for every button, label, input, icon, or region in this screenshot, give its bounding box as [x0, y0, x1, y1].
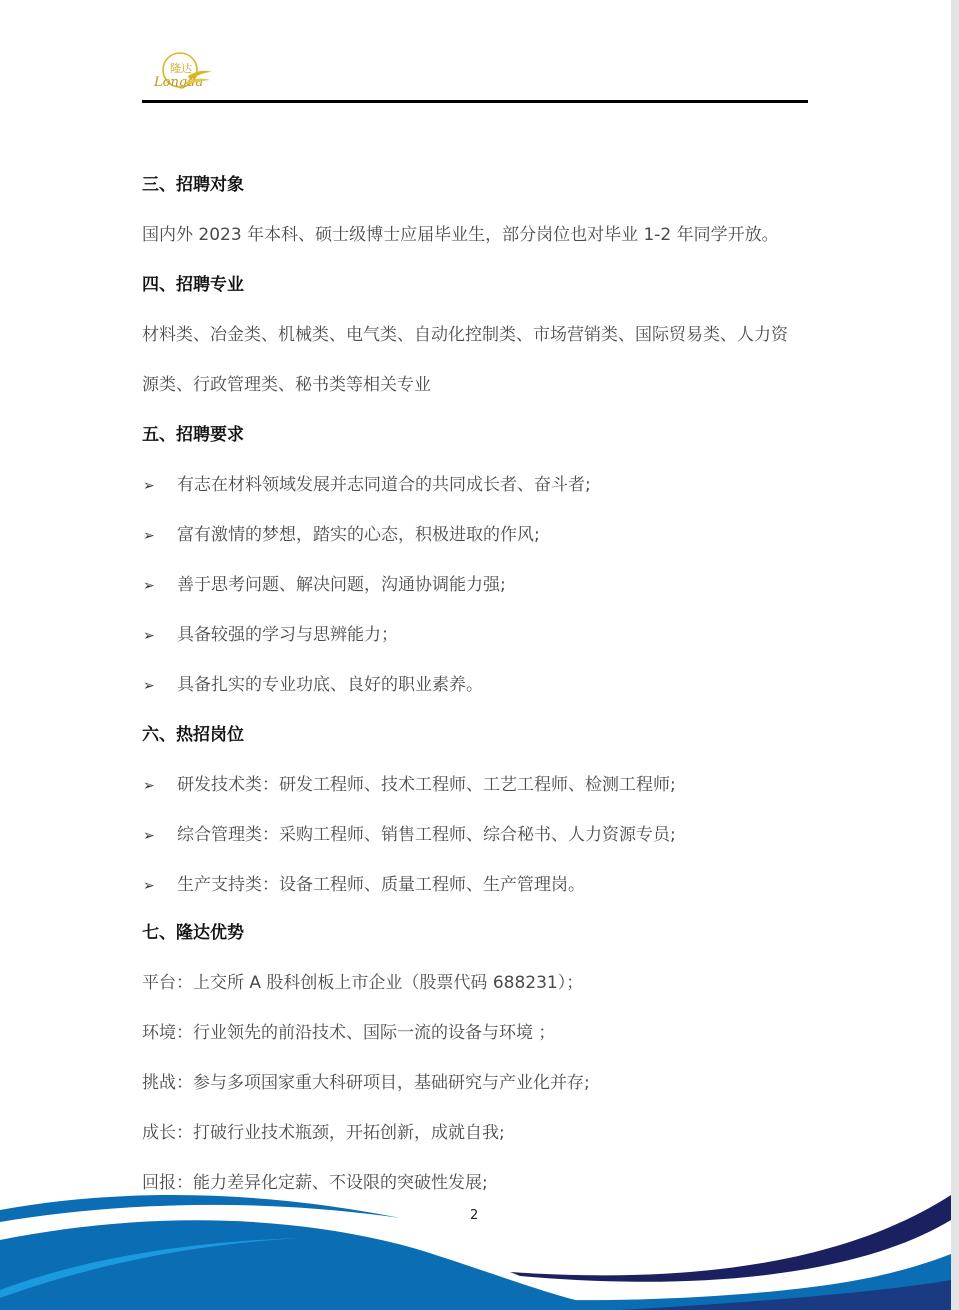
list-item: ➢综合管理类：采购工程师、销售工程师、综合秘书、人力资源专员; [142, 820, 676, 845]
section-heading-majors: 四、招聘专业 [142, 270, 244, 295]
document-page: 隆达 Longda 三、招聘对象 国内外 2023 年本科、硕士级博士应届毕业生… [0, 0, 951, 1310]
section-heading-hot-positions: 六、热招岗位 [142, 720, 244, 745]
list-item: ➢善于思考问题、解决问题，沟通协调能力强; [142, 570, 506, 595]
section-heading-recruitment-target: 三、招聘对象 [142, 170, 244, 195]
section-heading-advantages: 七、隆达优势 [142, 918, 244, 943]
arrow-bullet-icon: ➢ [142, 528, 177, 544]
arrow-bullet-icon: ➢ [142, 878, 177, 894]
arrow-bullet-icon: ➢ [142, 678, 177, 694]
logo-cn-text: 隆达 [170, 61, 192, 75]
logo-en-text: Longda [153, 75, 203, 90]
longda-logo: 隆达 Longda [150, 50, 214, 94]
arrow-bullet-icon: ➢ [142, 478, 177, 494]
list-item: ➢有志在材料领域发展并志同道合的共同成长者、奋斗者; [142, 470, 591, 495]
header-rule [142, 100, 808, 103]
list-item: ➢具备扎实的专业功底、良好的职业素养。 [142, 670, 483, 695]
paragraph: 平台：上交所 A 股科创板上市企业（股票代码 688231）； [142, 968, 583, 993]
list-item: ➢具备较强的学习与思辨能力； [142, 620, 398, 645]
list-item: ➢富有激情的梦想，踏实的心态，积极进取的作风; [142, 520, 540, 545]
paragraph: 材料类、冶金类、机械类、电气类、自动化控制类、市场营销类、国际贸易类、人力资 [142, 320, 788, 345]
paragraph: 国内外 2023 年本科、硕士级博士应届毕业生，部分岗位也对毕业 1-2 年同学… [142, 220, 779, 245]
list-item: ➢研发技术类：研发工程师、技术工程师、工艺工程师、检测工程师; [142, 770, 676, 795]
paragraph: 成长：打破行业技术瓶颈，开拓创新，成就自我; [142, 1118, 505, 1143]
viewer-right-gutter [951, 0, 959, 1310]
list-item: ➢生产支持类：设备工程师、质量工程师、生产管理岗。 [142, 870, 585, 895]
arrow-bullet-icon: ➢ [142, 828, 177, 844]
arrow-bullet-icon: ➢ [142, 778, 177, 794]
paragraph: 环境：行业领先的前沿技术、国际一流的设备与环境 ； [142, 1018, 555, 1043]
paragraph: 挑战：参与多项国家重大科研项目，基础研究与产业化并存; [142, 1068, 590, 1093]
paragraph: 源类、行政管理类、秘书类等相关专业 [142, 370, 431, 395]
footer-wave-decoration [0, 1180, 951, 1310]
section-heading-requirements: 五、招聘要求 [142, 420, 244, 445]
arrow-bullet-icon: ➢ [142, 578, 177, 594]
arrow-bullet-icon: ➢ [142, 628, 177, 644]
